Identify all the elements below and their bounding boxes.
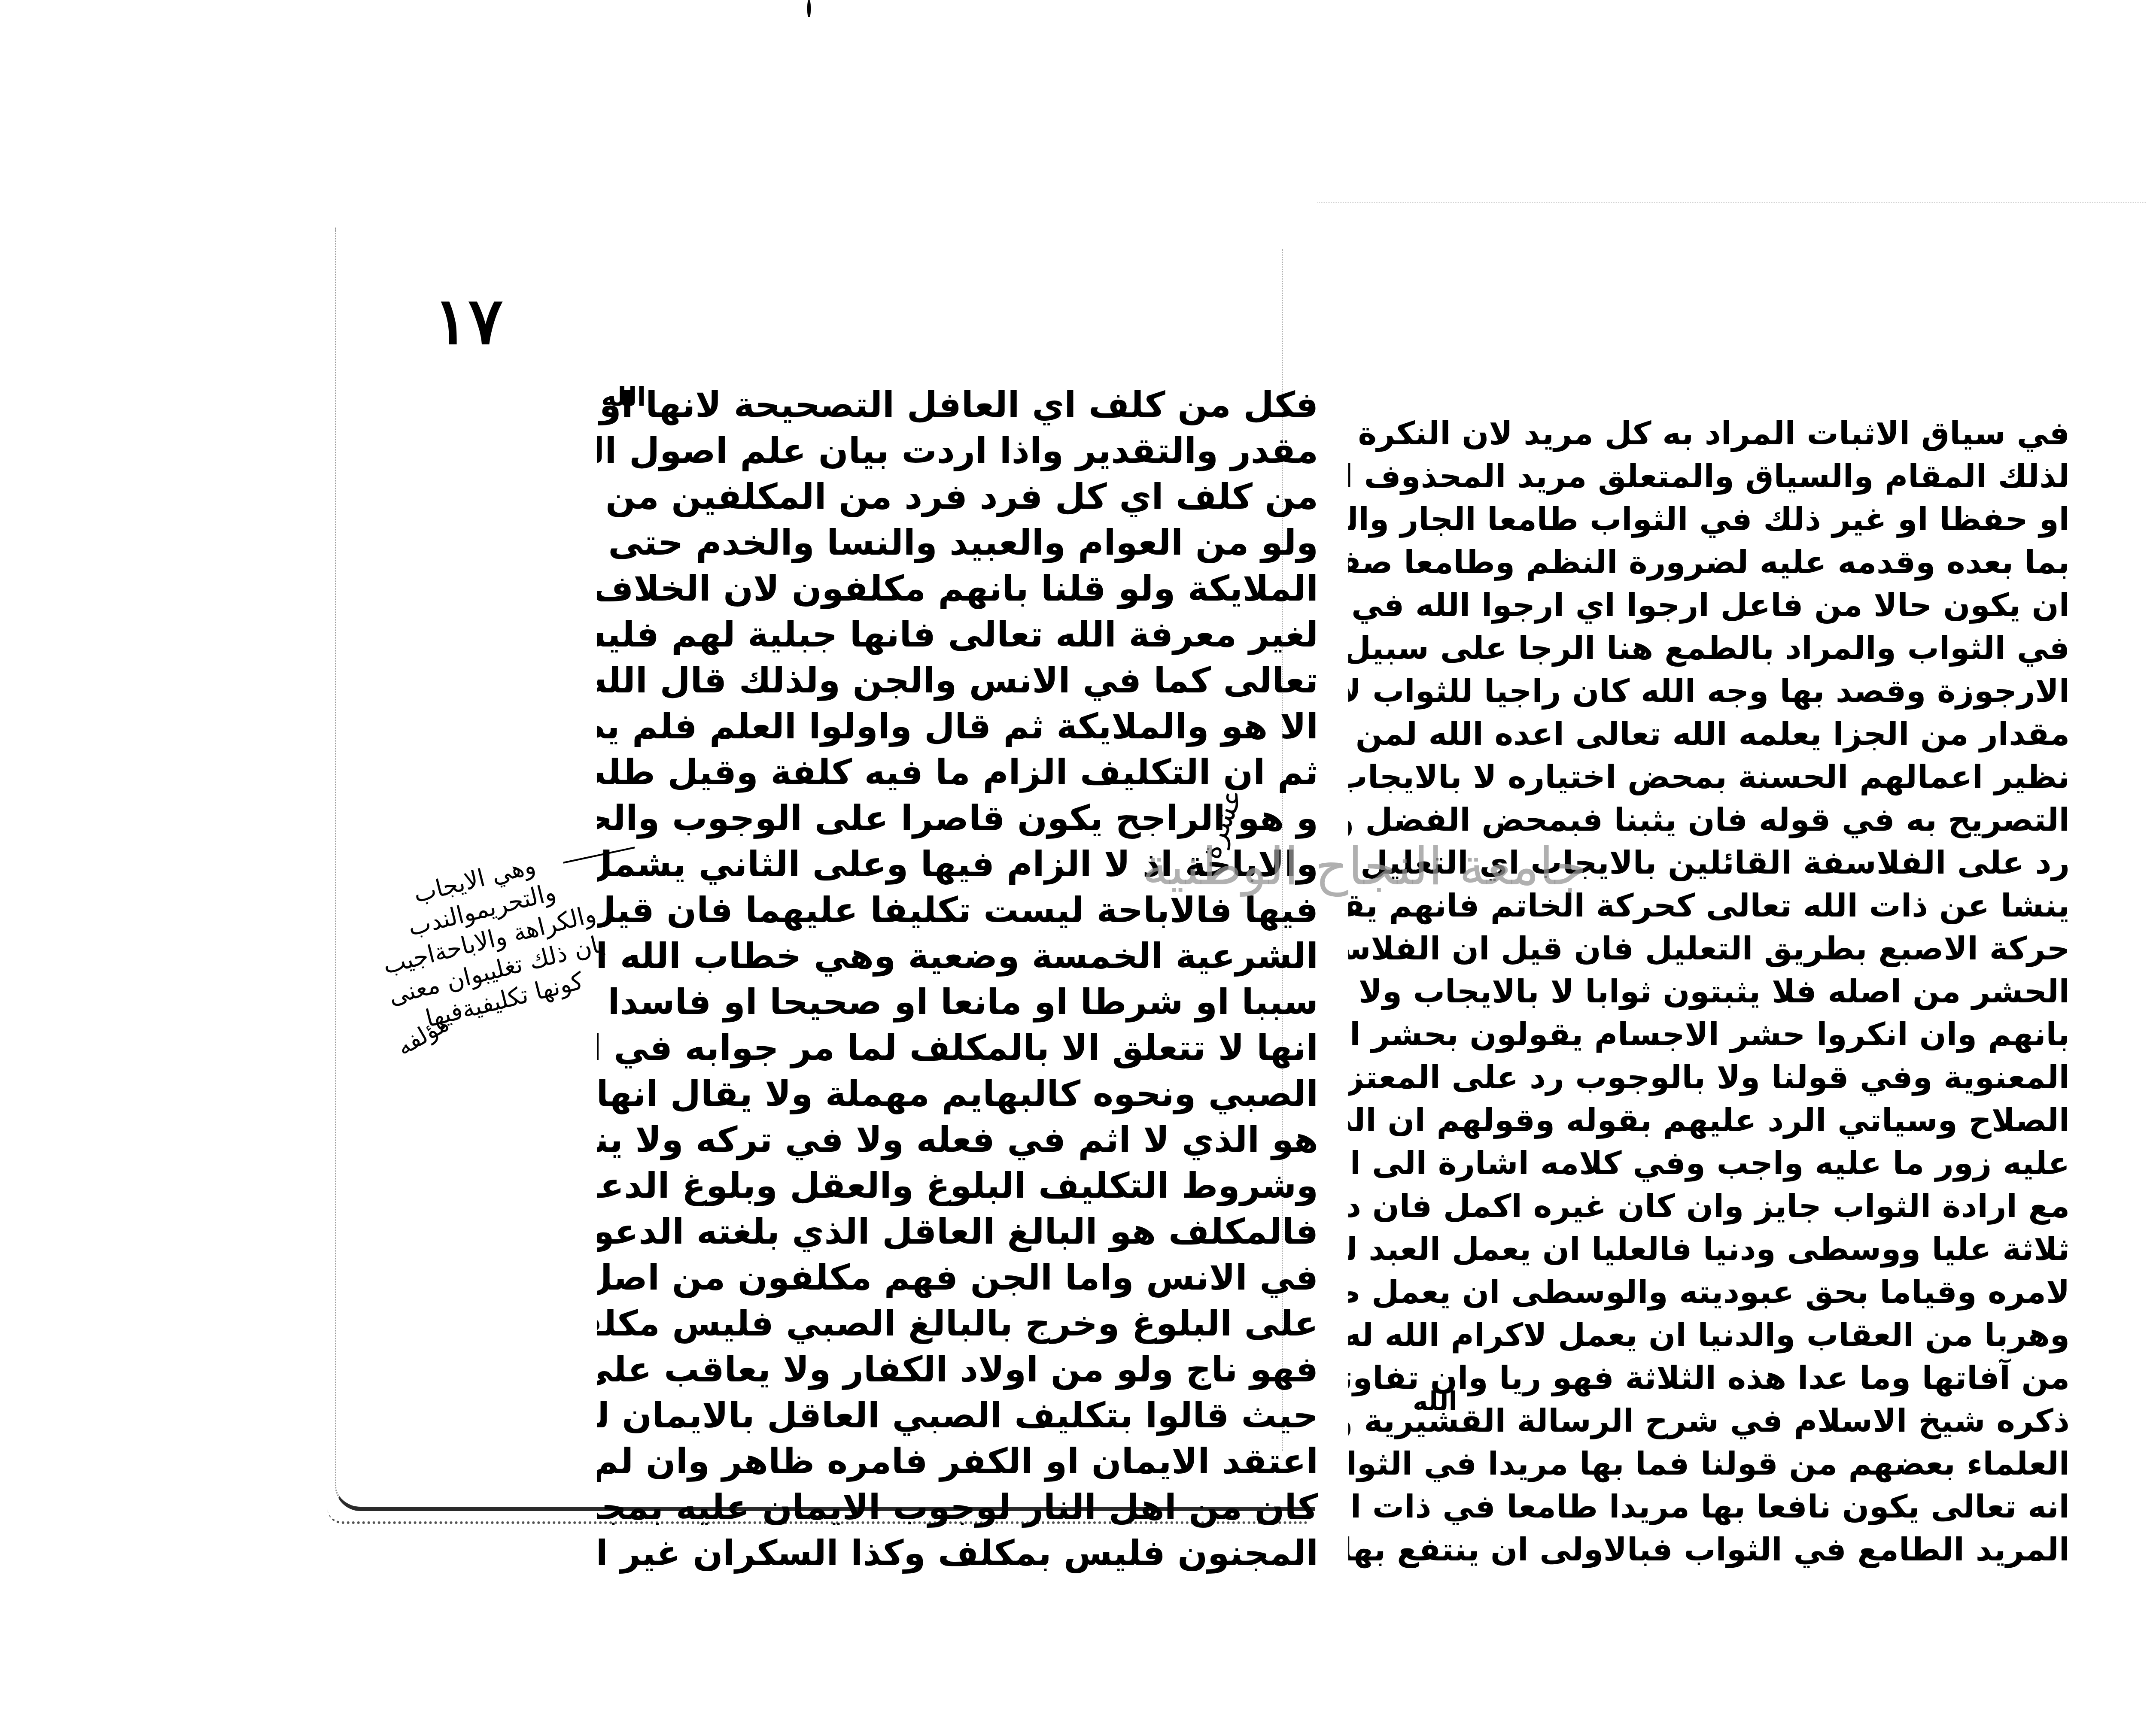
text-line: الا هو والملايكة ثم قال واولوا العلم فلم… (597, 704, 1318, 750)
text-line: الحشر من اصله فلا يثبتون ثوابا لا بالايج… (1348, 970, 2070, 1013)
text-line: تعالى كما في الانس والجن ولذلك قال الله … (597, 658, 1318, 704)
text-line: او حفظا او غير ذلك في الثواب طامعا الجار… (1348, 498, 2070, 541)
text-line: الصبي ونحوه كالبهايم مهملة ولا يقال انها… (597, 1071, 1318, 1117)
text-line: سببا او شرطا او مانعا او صحيحا او فاسدا … (597, 979, 1318, 1025)
text-line: في الانس واما الجن فهم مكلفون من اصل الخ… (597, 1255, 1318, 1301)
text-line: الصلاح وسياتي الرد عليهم بقوله وقولهم ان… (1348, 1099, 2070, 1142)
text-line: مقدر والتقدير واذا اردت بيان علم اصول ال… (597, 428, 1318, 474)
left-page-text: فكل من كلف اي العافل التصحيحة لانها اوقع… (597, 382, 1318, 1576)
text-line: نظير اعمالهم الحسنة بمحض اختياره لا بالا… (1348, 756, 2070, 798)
text-line: فالمكلف هو البالغ العاقل الذي بلغته الدع… (597, 1209, 1318, 1255)
text-line: المجنون فليس بمكلف وكذا السكران غير المت… (597, 1530, 1318, 1576)
text-line: بانهم وان انكروا حشر الاجسام يقولون بحشر… (1348, 1013, 2070, 1056)
text-line: بما بعده وقدمه عليه لضرورة النظم وطامعا … (1348, 541, 2070, 584)
text-line: العلماء بعضهم من قولنا فما بها مريدا في … (1348, 1442, 2070, 1485)
text-line: مع ارادة الثواب جايز وان كان غيره اكمل ف… (1348, 1185, 2070, 1228)
text-line: مقدار من الجزا يعلمه الله تعالى اعده الل… (1348, 713, 2070, 756)
text-line: المريد الطامع في الثواب فبالاولى ان ينتف… (1348, 1528, 2070, 1571)
text-line: حيث قالوا بتكليف الصبي العاقل بالايمان ل… (597, 1393, 1318, 1439)
text-line: المعنوية وفي قولنا ولا بالوجوب رد على ال… (1348, 1056, 2070, 1099)
text-line: حركة الاصبع بطريق التعليل فان قيل ان الف… (1348, 927, 2070, 970)
text-line: وشروط التكليف البلوغ والعقل وبلوغ الدعوة… (597, 1163, 1318, 1209)
scan-artifact (807, 0, 811, 17)
page-number: ١٧ (434, 283, 503, 359)
text-line: التصريح به في قوله فان يثبنا فبمحض الفضل… (1348, 798, 2070, 841)
text-line: ان يكون حالا من فاعل ارجوا اي ارجوا الله… (1348, 584, 2070, 627)
text-line: انها لا تتعلق الا بالمكلف لما مر جوابه ف… (597, 1025, 1318, 1071)
text-line: على البلوغ وخرج بالبالغ الصبي فليس مكلفا… (597, 1301, 1318, 1347)
text-line: انه تعالى يكون نافعا بها مريدا طامعا في … (1348, 1485, 2070, 1528)
library-watermark: جامعة النجاح الوطنية (1142, 837, 1587, 897)
text-line: كان من اهل النار لوجوب الايمان عليه بمجر… (597, 1484, 1318, 1530)
text-line: الملايكة ولو قلنا بانهم مكلفون لان الخلا… (597, 566, 1318, 612)
text-line: الارجوزة وقصد بها وجه الله كان راجيا للث… (1348, 670, 2070, 713)
right-page-catchword: الله (1413, 1387, 1457, 1417)
text-line: في الثواب والمراد بالطمع هنا الرجا على س… (1348, 627, 2070, 670)
text-line: ثم ان التكليف الزام ما فيه كلفة وقيل طلب… (597, 750, 1318, 795)
text-line: من كلف اي كل فرد فرد من المكلفين من الان… (597, 474, 1318, 520)
text-line: لغير معرفة الله تعالى فانها جبلية لهم فل… (597, 612, 1318, 658)
text-line: ولو من العوام والعبيد والنسا والخدم حتى … (597, 520, 1318, 566)
text-line: ثلاثة عليا ووسطى ودنيا فالعليا ان يعمل ا… (1348, 1228, 2070, 1271)
text-line: لذلك المقام والسياق والمتعلق مريد المحذو… (1348, 455, 2070, 498)
text-line: فهو ناج ولو من اولاد الكفار ولا يعاقب عل… (597, 1347, 1318, 1393)
text-line: وهربا من العقاب والدنيا ان يعمل لاكرام ا… (1348, 1314, 2070, 1357)
text-line: اعتقد الايمان او الكفر فامره ظاهر وان لم… (597, 1439, 1318, 1484)
text-line: لامره وقياما بحق عبوديته والوسطى ان يعمل… (1348, 1271, 2070, 1314)
manuscript-scan: ١٧ الله فكل من كلف اي العافل التصحيحة لا… (0, 0, 2147, 1736)
text-line: عليه زور ما عليه واجب وفي كلامه اشارة ال… (1348, 1142, 2070, 1185)
text-line: فكل من كلف اي العافل التصحيحة لانها اوقع… (597, 382, 1318, 428)
text-line: في سياق الاثبات المراد به كل مريد لان ال… (1348, 412, 2070, 455)
text-line: هو الذي لا اثم في فعله ولا في تركه ولا ي… (597, 1117, 1318, 1163)
text-line: الشرعية الخمسة وضعية وهي خطاب الله المتع… (597, 933, 1318, 979)
